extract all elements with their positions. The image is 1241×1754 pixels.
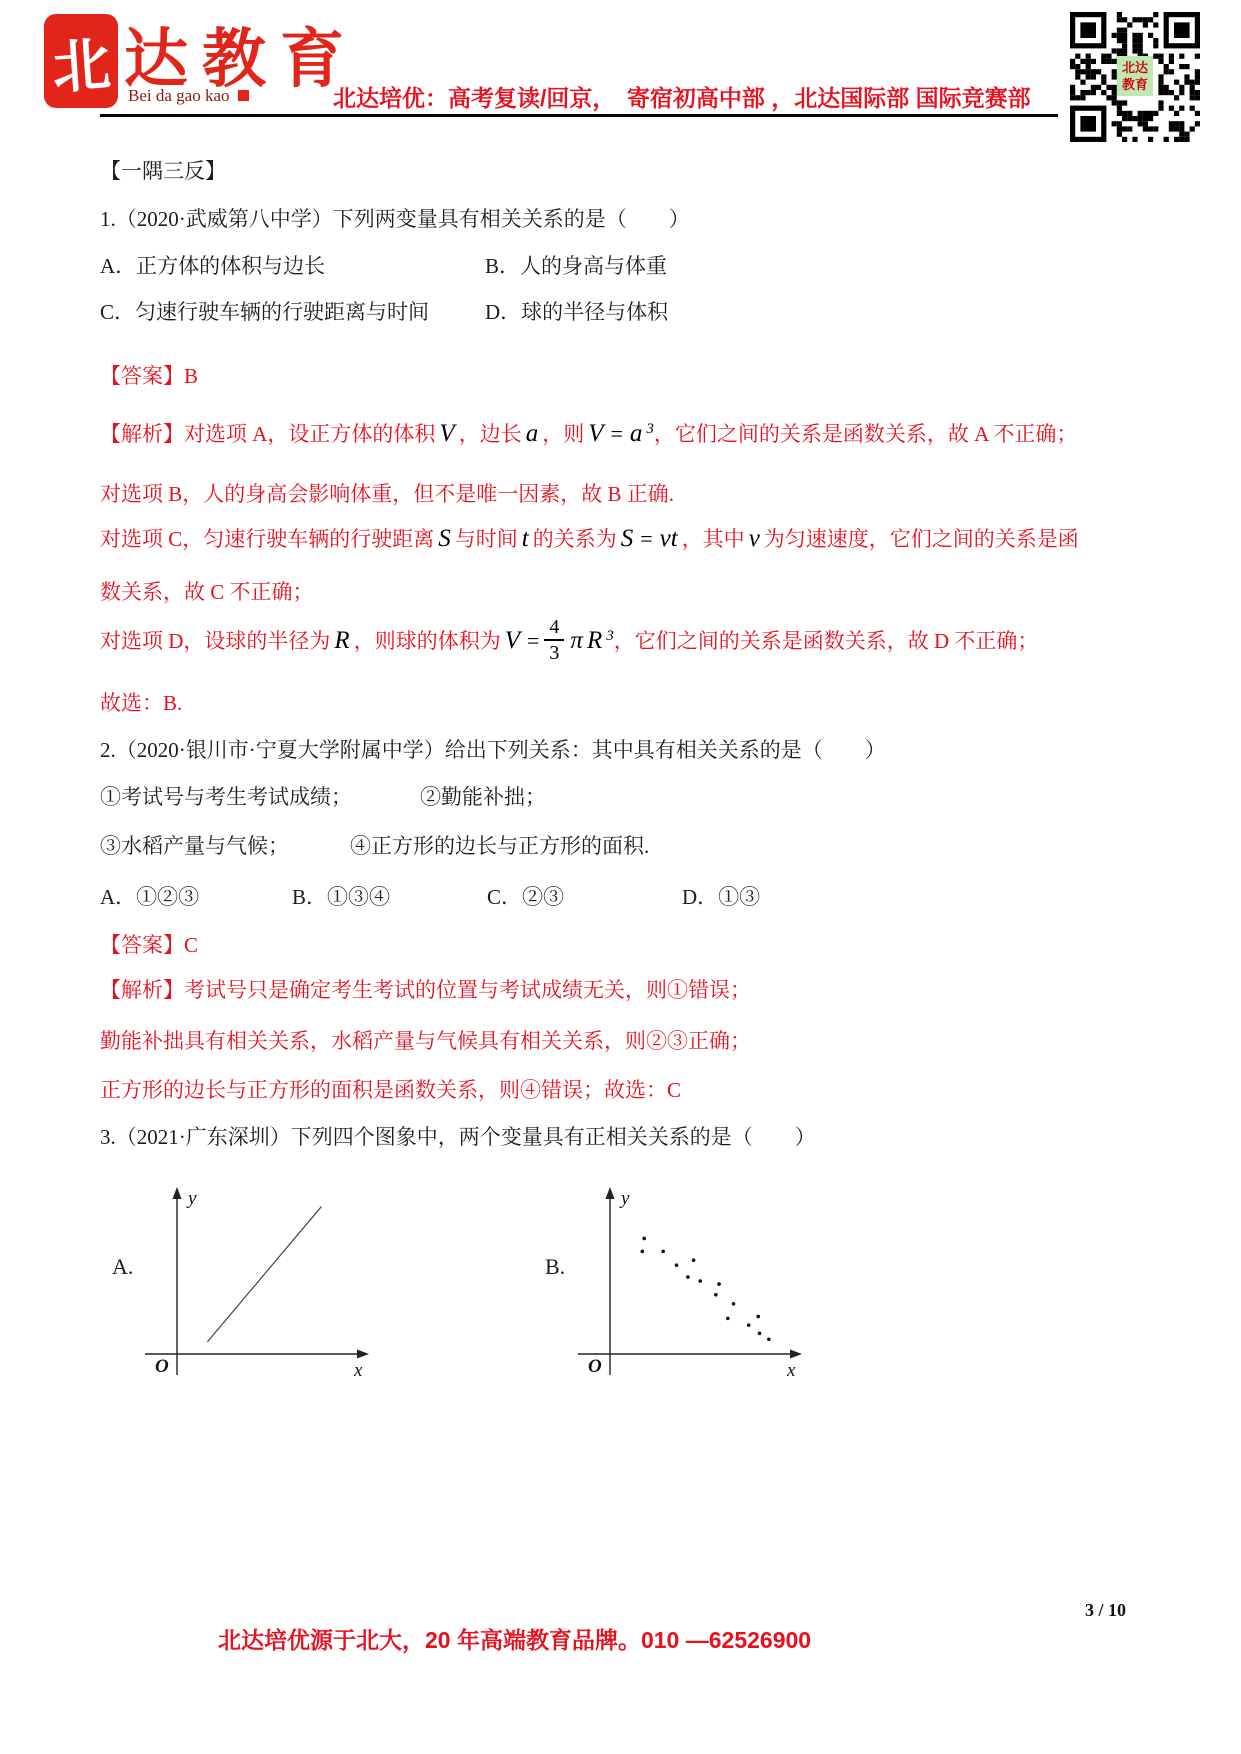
svg-text:x: x <box>786 1360 796 1381</box>
svg-text:O: O <box>588 1356 602 1377</box>
question1-option-b: B．人的身高与体重 <box>485 254 667 278</box>
question2-item3: ③水稻产量与气候； <box>100 832 350 860</box>
question1-options-ab: A．正方体的体积与边长B．人的身高与体重 <box>100 252 1160 280</box>
question2-option-c: C．②③ <box>487 883 682 911</box>
question1-answer: 【答案】B <box>100 362 1160 390</box>
question1-option-a: A．正方体的体积与边长 <box>100 252 485 280</box>
answer-value: C <box>184 933 198 957</box>
question2-stem: 2.（2020·银川市·宁夏大学附属中学）给出下列关系：其中具有相关关系的是（ … <box>100 736 1160 764</box>
question3-figures: A. yxO B. yxO <box>100 1182 1160 1397</box>
question2-analysis-line2: 勤能补拙具有相关关系，水稻产量与气候具有相关关系，则②③正确； <box>100 1027 1160 1055</box>
question2-option-b: B．①③④ <box>292 883 487 911</box>
question2-item2: ②勤能补拙； <box>420 785 546 809</box>
question1-analysis-line5: 对选项 D，设球的半径为R，则球的体积为V=43πR3，它们之间的关系是函数关系… <box>100 618 1160 668</box>
figure-option-a: A. yxO <box>90 1182 420 1397</box>
question1-options-cd: C．匀速行驶车辆的行驶距离与时间D．球的半径与体积 <box>100 298 1160 326</box>
question2-analysis-line3: 正方形的边长与正方形的面积是函数关系，则④错误；故选：C <box>100 1076 1160 1104</box>
question2-options: A．①②③B．①③④C．②③D．①③ <box>100 883 1160 911</box>
page-number: 3 / 10 <box>1085 1600 1126 1621</box>
question1-stem: 1.（2020·武威第八中学）下列两变量具有相关关系的是（ ） <box>100 205 1160 233</box>
svg-text:y: y <box>186 1188 197 1209</box>
question2-item4: ④正方形的边长与正方形的面积. <box>350 834 649 858</box>
analysis-label: 【解析】 <box>100 978 184 1002</box>
fraction-four-thirds: 43 <box>544 615 564 665</box>
question1-analysis-line4: 数关系，故 C 不正确； <box>100 578 1160 606</box>
question2-option-d: D．①③ <box>682 885 760 909</box>
question2-items-12: ①考试号与考生考试成绩；②勤能补拙； <box>100 783 1160 811</box>
question1-option-d: D．球的半径与体积 <box>485 300 668 324</box>
question1-analysis-line3: 对选项 C，匀速行驶车辆的行驶距离S与时间t的关系为S=vt，其中v为匀速速度，… <box>100 525 1160 553</box>
question2-option-a: A．①②③ <box>100 883 292 911</box>
svg-text:x: x <box>353 1360 363 1381</box>
question2-item1: ①考试号与考生考试成绩； <box>100 783 420 811</box>
svg-text:y: y <box>619 1188 630 1209</box>
svg-text:O: O <box>155 1356 169 1377</box>
question2-answer: 【答案】C <box>100 931 1160 959</box>
question1-analysis-line1: 【解析】对选项 A，设正方体的体积V，边长a，则V=a3，它们之间的关系是函数关… <box>100 415 1160 448</box>
figure-option-b: B. yxO <box>523 1182 853 1397</box>
figure-a-plot: yxO <box>102 1182 402 1397</box>
question2-items-34: ③水稻产量与气候；④正方形的边长与正方形的面积. <box>100 832 1160 860</box>
worksheet-body: 【一隅三反】 1.（2020·武威第八中学）下列两变量具有相关关系的是（ ） A… <box>100 0 1160 1397</box>
answer-label: 【答案】 <box>100 364 184 388</box>
question1-analysis-line2: 对选项 B，人的身高会影响体重，但不是唯一因素，故 B 正确. <box>100 480 1160 508</box>
footer-slogan: 北达培优源于北大，20 年高端教育品牌。010 —62526900 <box>218 1622 811 1655</box>
analysis-label: 【解析】 <box>100 422 184 446</box>
figure-b-plot: yxO <box>535 1182 835 1397</box>
question2-analysis-line1: 【解析】考试号只是确定考生考试的位置与考试成绩无关，则①错误； <box>100 976 1160 1004</box>
answer-value: B <box>184 364 198 388</box>
answer-label: 【答案】 <box>100 933 184 957</box>
section-title: 【一隅三反】 <box>100 157 1160 185</box>
question1-conclusion: 故选：B. <box>100 689 1160 717</box>
question3-stem: 3.（2021·广东深圳）下列四个图象中，两个变量具有正相关关系的是（ ） <box>100 1123 1160 1151</box>
question1-option-c: C．匀速行驶车辆的行驶距离与时间 <box>100 298 485 326</box>
